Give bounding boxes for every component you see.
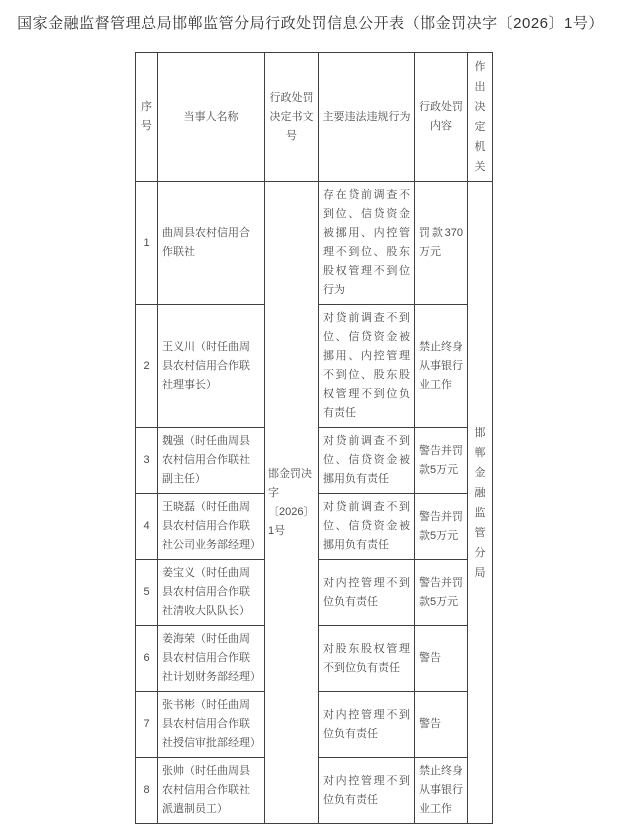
violation-text: 存在贷前调查不到位、信贷资金被挪用、内控管理不到位、股东股权管理不到位行为 [319, 182, 415, 305]
header-authority: 作出决定机关 [468, 53, 493, 182]
table-header-row: 序号 当事人名称 行政处罚决定书文号 主要违法违规行为 行政处罚内容 作出决定机… [136, 53, 493, 182]
penalty-text: 警告并罚款5万元 [415, 560, 468, 626]
penalty-disclosure-table: 序号 当事人名称 行政处罚决定书文号 主要违法违规行为 行政处罚内容 作出决定机… [135, 52, 493, 824]
party-name: 王义川（时任曲周县农村信用合作联社理事长） [158, 305, 265, 428]
header-doc-no: 行政处罚决定书文号 [265, 53, 319, 182]
row-index: 6 [136, 626, 158, 692]
violation-text: 对内控管理不到位负有责任 [319, 560, 415, 626]
header-party: 当事人名称 [158, 53, 265, 182]
row-index: 3 [136, 428, 158, 494]
violation-text: 对内控管理不到位负有责任 [319, 758, 415, 824]
penalty-text: 警告并罚款5万元 [415, 494, 468, 560]
row-index: 2 [136, 305, 158, 428]
penalty-text: 警告 [415, 692, 468, 758]
violation-text: 对内控管理不到位负有责任 [319, 692, 415, 758]
violation-text: 对股东股权管理不到位负有责任 [319, 626, 415, 692]
party-name: 姜海荣（时任曲周县农村信用合作联社计划财务部经理） [158, 626, 265, 692]
page: 国家金融监督管理总局邯郸监管分局行政处罚信息公开表（邯金罚决字〔2026〕1号）… [0, 0, 621, 824]
table-row: 1 曲周县农村信用合作联社 邯金罚决字〔2026〕1号 存在贷前调查不到位、信贷… [136, 182, 493, 305]
party-name: 魏强（时任曲周县农村信用合作联社副主任） [158, 428, 265, 494]
party-name: 曲周县农村信用合作联社 [158, 182, 265, 305]
party-name: 张书彬（时任曲周县农村信用合作联社授信审批部经理） [158, 692, 265, 758]
header-index: 序号 [136, 53, 158, 182]
penalty-text: 禁止终身从事银行业工作 [415, 758, 468, 824]
penalty-text: 禁止终身从事银行业工作 [415, 305, 468, 428]
party-name: 张帅（时任曲周县农村信用合作联社派遣制员工） [158, 758, 265, 824]
row-index: 8 [136, 758, 158, 824]
penalty-text: 警告并罚款5万元 [415, 428, 468, 494]
page-title: 国家金融监督管理总局邯郸监管分局行政处罚信息公开表（邯金罚决字〔2026〕1号） [0, 0, 621, 42]
violation-text: 对贷前调查不到位、信贷资金被挪用、内控管理不到位、股东股权管理不到位负有责任 [319, 305, 415, 428]
party-name: 王晓磊（时任曲周县农村信用合作联社公司业务部经理） [158, 494, 265, 560]
party-name: 姜宝义（时任曲周县农村信用合作联社清收大队队长） [158, 560, 265, 626]
row-index: 4 [136, 494, 158, 560]
header-penalty: 行政处罚内容 [415, 53, 468, 182]
row-index: 5 [136, 560, 158, 626]
violation-text: 对贷前调查不到位、信贷资金被挪用负有责任 [319, 428, 415, 494]
row-index: 7 [136, 692, 158, 758]
penalty-text: 警告 [415, 626, 468, 692]
decision-doc-number: 邯金罚决字〔2026〕1号 [265, 182, 319, 824]
header-violation: 主要违法违规行为 [319, 53, 415, 182]
deciding-authority: 邯郸金融监管分局 [468, 182, 493, 824]
violation-text: 对贷前调查不到位、信贷资金被挪用负有责任 [319, 494, 415, 560]
row-index: 1 [136, 182, 158, 305]
penalty-text: 罚款370万元 [415, 182, 468, 305]
